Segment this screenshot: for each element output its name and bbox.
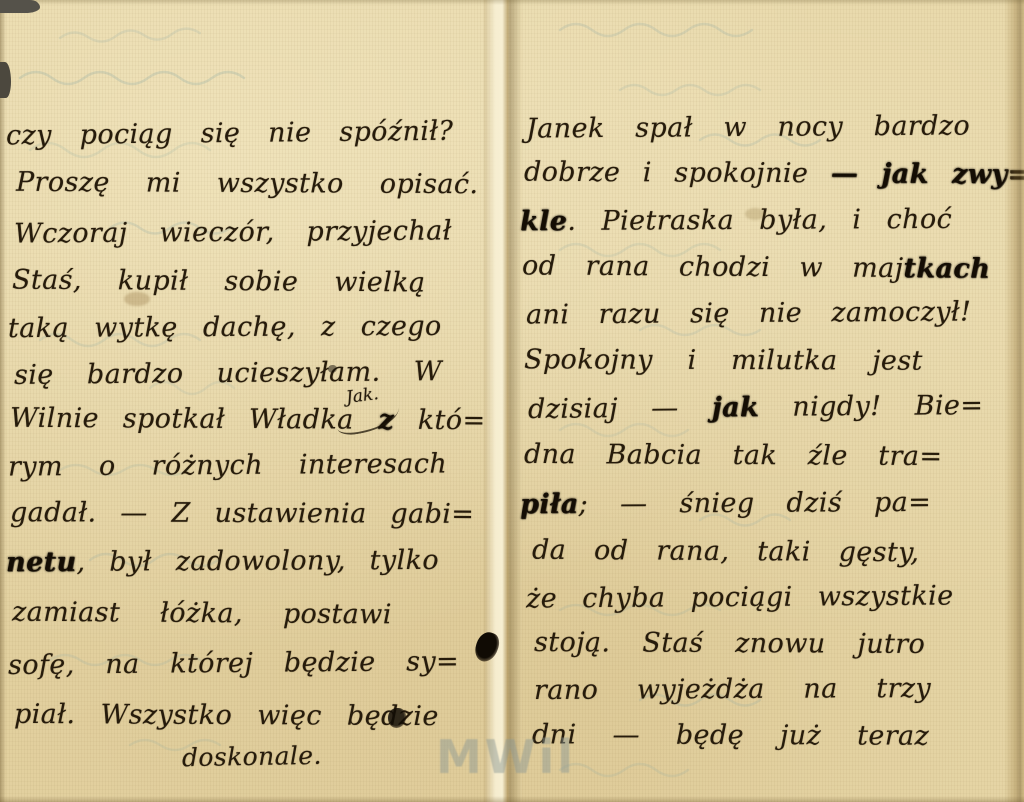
bottom-edge-shadow <box>0 796 1024 802</box>
handwritten-line-right-6: Spokojny i milutka jest <box>524 344 923 376</box>
handwritten-line-left-8: rym o różnych interesach <box>8 448 447 482</box>
paper-stain <box>124 292 150 306</box>
handwritten-line-right-7: dzisiaj — jak nigdy! Bie= <box>528 390 984 425</box>
page-right: Janek spał w nocy bardzo dobrze i spokoj… <box>518 0 1020 802</box>
handwritten-line-right-3: kle. Pietraska była, i choć <box>520 204 952 237</box>
handwritten-line-right-5: ani razu się nie zamoczył! <box>526 296 972 330</box>
handwritten-line-left-13: piał. Wszystko więc będzie <box>14 699 439 732</box>
handwritten-line-right-8: dna Babcia tak źle tra= <box>524 439 943 472</box>
handwritten-line-right-11: że chyba pociągi wszystkie <box>526 581 954 615</box>
handwritten-line-left-5: taką wytkę dachę, z czego <box>8 311 442 344</box>
handwritten-line-right-1: Janek spał w nocy bardzo <box>526 110 970 144</box>
handwritten-line-right-13: rano wyjeżdża na trzy <box>534 673 931 706</box>
page-left: czy pociąg się nie spóźnił? Proszę mi ws… <box>6 0 492 802</box>
handwritten-line-left-2: Proszę mi wszystko opisać. <box>16 167 479 200</box>
left-page-edge <box>0 0 6 802</box>
handwritten-line-right-4: od rana chodzi w majtkach <box>522 250 990 284</box>
handwritten-line-left-11: zamiast łóżka, postawi <box>12 597 392 631</box>
handwritten-line-left-7: Wilnie spotkał Władka z któ= <box>10 403 486 436</box>
handwritten-line-left-4: Staś, kupił sobie wielką <box>12 265 426 299</box>
handwritten-line-right-12: stoją. Staś znowu jutro <box>534 627 925 660</box>
page-fold <box>484 0 522 802</box>
letter-scan: czy pociąg się nie spóźnił? Proszę mi ws… <box>0 0 1024 802</box>
handwritten-line-left-12: sofę, na której będzie sy= <box>8 646 459 681</box>
handwritten-line-right-10: da od rana, taki gęsty, <box>532 535 920 569</box>
handwritten-line-left-14: doskonale. <box>182 741 322 772</box>
handwritten-line-left-1: czy pociąg się nie spóźnił? <box>6 116 454 152</box>
scan-edge-mark <box>0 62 11 98</box>
handwritten-line-right-14: dni — będę już teraz <box>532 719 929 751</box>
handwritten-line-right-9: piła; — śnieg dziś pa= <box>520 487 931 520</box>
handwritten-line-left-3: Wczoraj wieczór, przyjechał <box>14 215 452 249</box>
archive-watermark: MWil <box>436 730 576 784</box>
top-edge-shadow <box>0 0 1024 5</box>
paper-stain <box>745 208 765 220</box>
handwritten-line-left-9: gadał. — Z ustawienia gabi= <box>10 497 474 530</box>
scan-corner-mark <box>0 0 40 13</box>
right-page-edge <box>1004 0 1024 802</box>
handwritten-line-left-10: netu, był zadowolony, tylko <box>6 545 439 578</box>
handwritten-line-right-2: dobrze i spokojnie — jak zwy= <box>524 157 1024 191</box>
